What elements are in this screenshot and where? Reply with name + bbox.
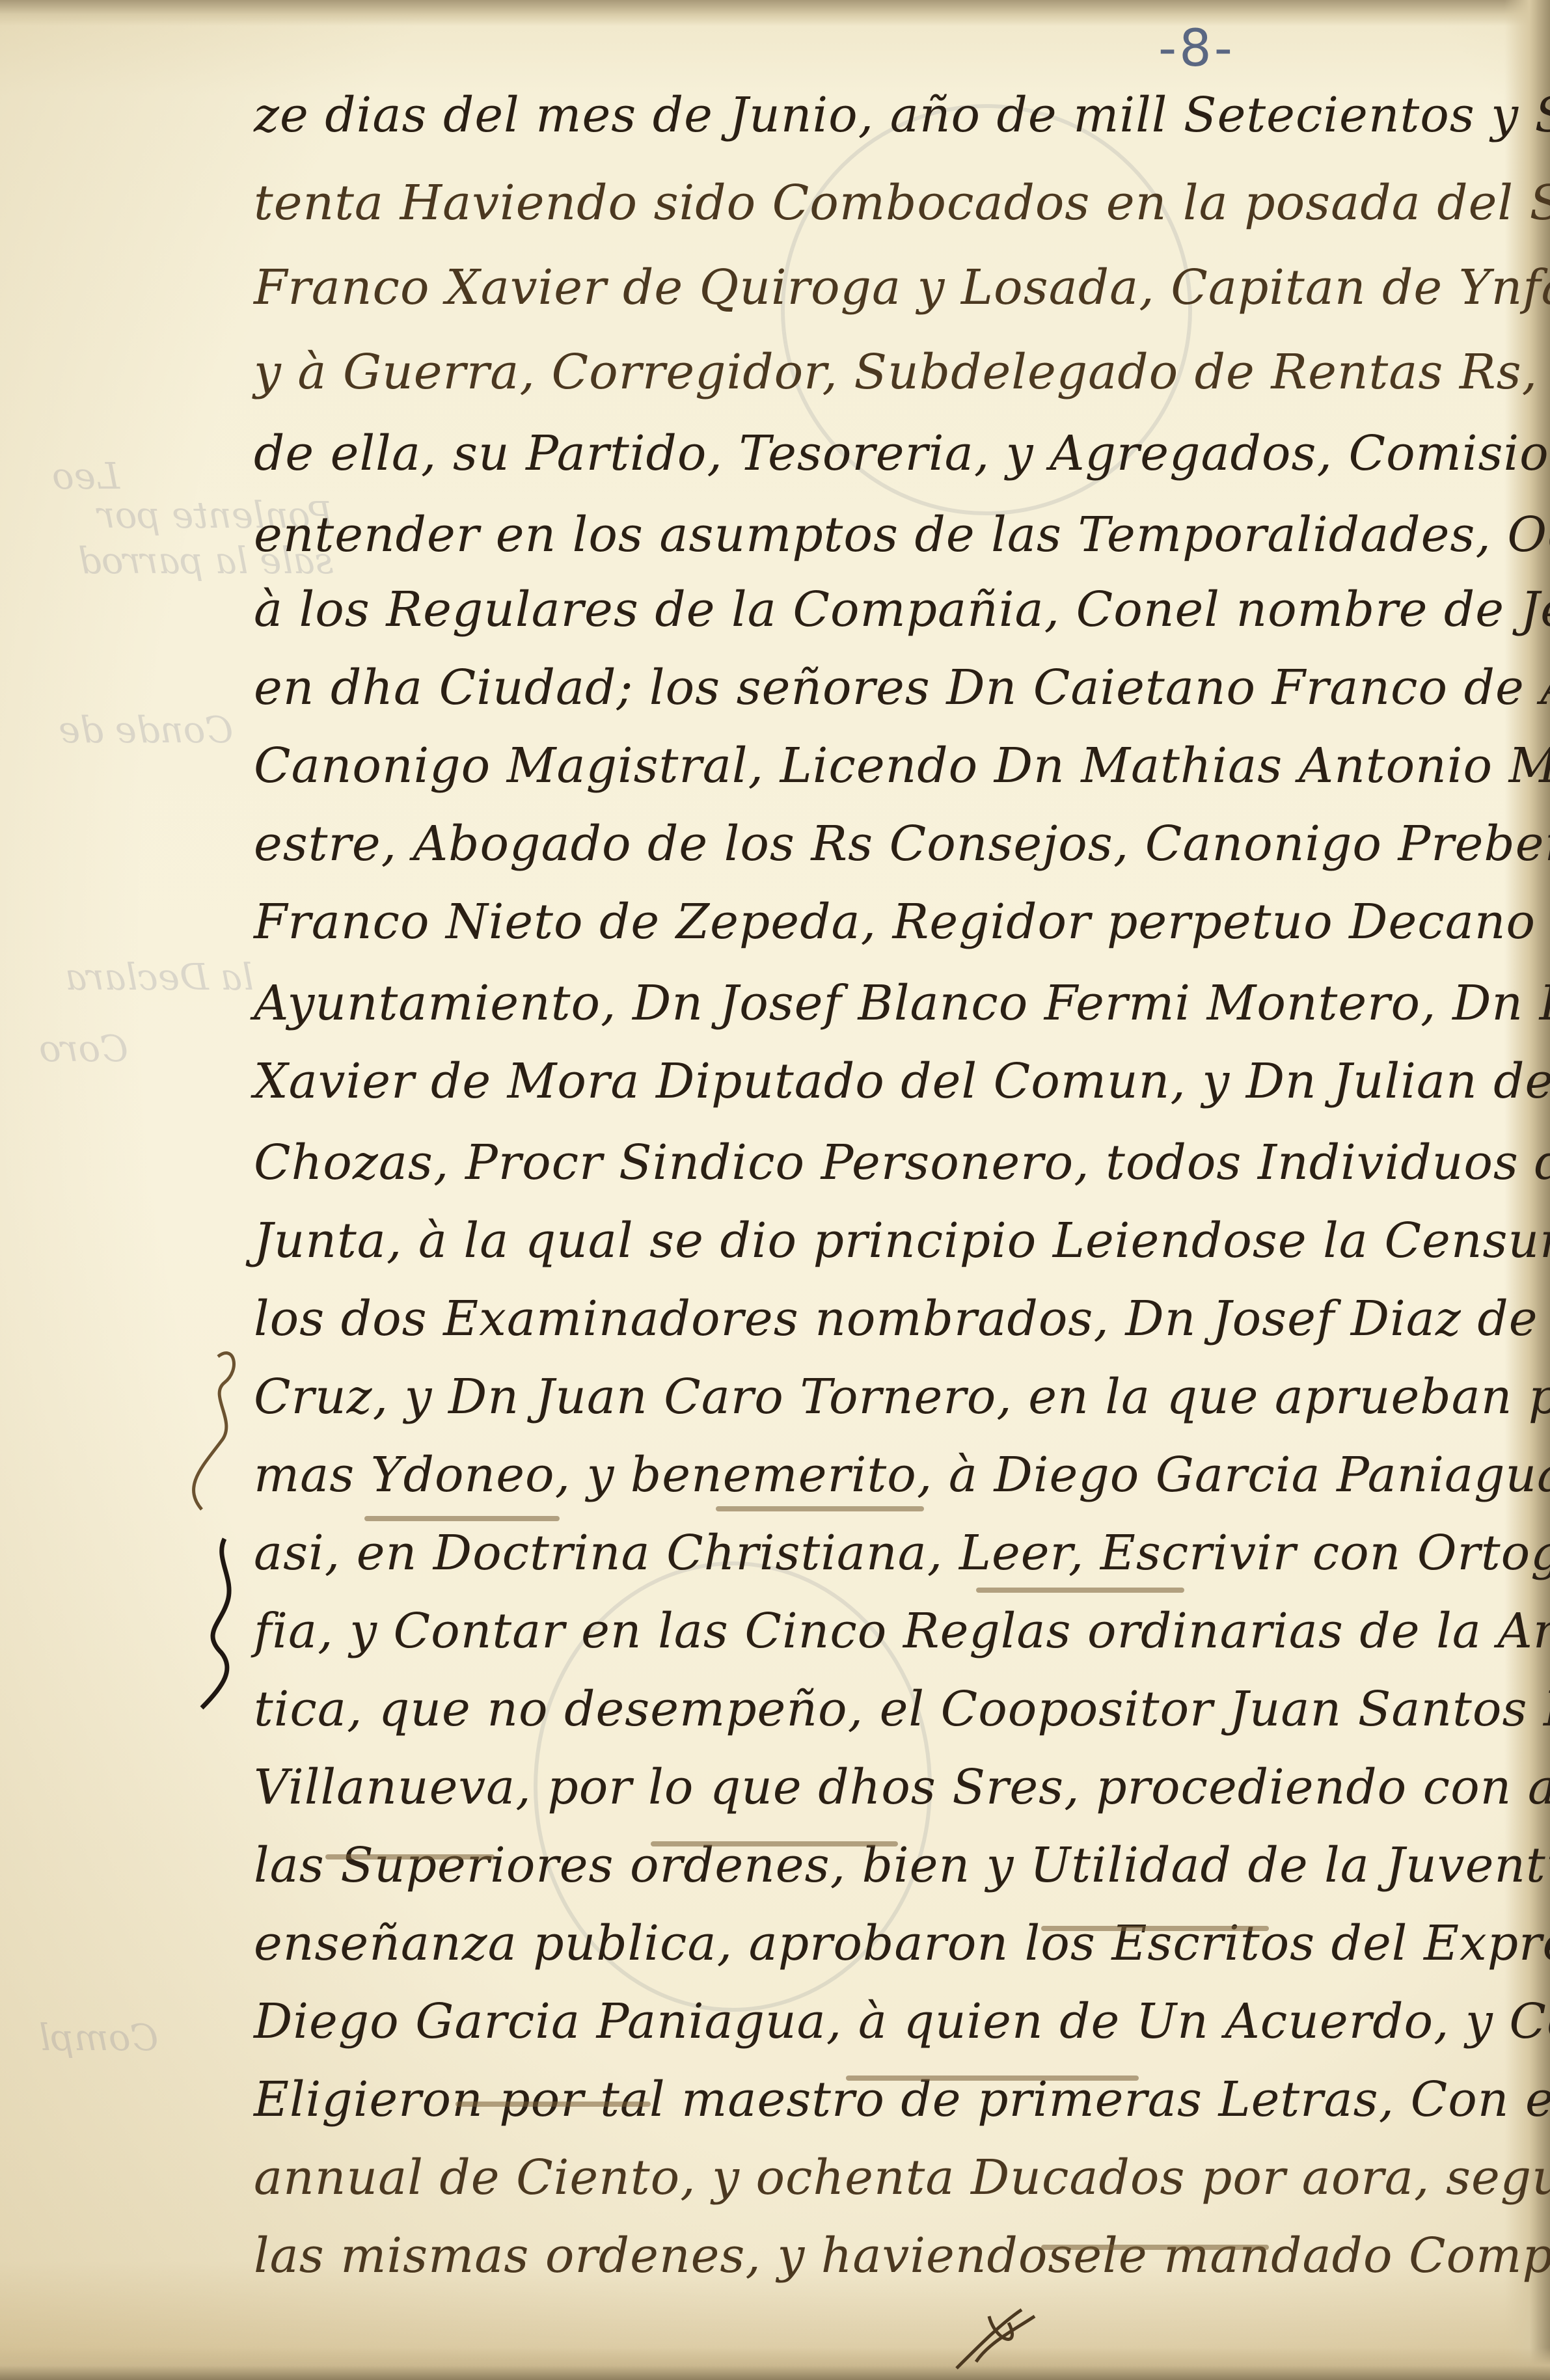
text-line: en dha Ciudad; los señores Dn Caietano F… bbox=[254, 664, 1484, 712]
text-line: Diego Garcia Paniagua, à quien de Un Acu… bbox=[254, 1997, 1484, 2046]
text-line: y à Guerra, Corregidor, Subdelegado de R… bbox=[254, 348, 1484, 396]
text-line: de ella, su Partido, Tesoreria, y Agrega… bbox=[254, 429, 1484, 478]
text-line: Villanueva, por lo que dhos Sres, proced… bbox=[254, 1763, 1484, 1811]
text-line: mas Ydoneo, y benemerito, à Diego Garcia… bbox=[254, 1451, 1484, 1499]
text-line: estre, Abogado de los Rs Consejos, Canon… bbox=[254, 820, 1484, 868]
bleed-through-text: Compl bbox=[39, 2017, 158, 2059]
text-line: Junta, à la qual se dio principio Leiend… bbox=[254, 1217, 1484, 1265]
text-line: annual de Ciento, y ochenta Ducados por … bbox=[254, 2154, 1484, 2202]
text-line: entender en los asumptos de las Temporal… bbox=[254, 511, 1484, 559]
text-line: Franco Nieto de Zepeda, Regidor perpetuo… bbox=[254, 898, 1484, 946]
text-line: fia, y Contar en las Cinco Reglas ordina… bbox=[254, 1607, 1484, 1655]
bleed-through-stroke bbox=[1041, 1926, 1269, 1931]
bleed-through-stroke bbox=[1041, 2245, 1269, 2250]
text-line: enseñanza publica, aprobaron los Escrito… bbox=[254, 1919, 1484, 1968]
text-line: ze dias del mes de Junio, año de mill Se… bbox=[254, 91, 1484, 139]
text-line: Ayuntamiento, Dn Josef Blanco Fermi Mont… bbox=[254, 979, 1484, 1027]
text-line: Cruz, y Dn Juan Caro Tornero, en la que … bbox=[254, 1373, 1484, 1421]
text-line: tenta Haviendo sido Combocados en la pos… bbox=[254, 179, 1484, 227]
text-line: Chozas, Procr Sindico Personero, todos I… bbox=[254, 1139, 1484, 1187]
text-line: tica, que no desempeño, el Coopositor Ju… bbox=[254, 1685, 1484, 1733]
bleed-through-stroke bbox=[455, 2102, 651, 2107]
worn-bottom-edge bbox=[0, 2347, 1550, 2380]
text-line: los dos Examinadores nombrados, Dn Josef… bbox=[254, 1295, 1484, 1343]
text-line: Franco Xavier de Quiroga y Losada, Capit… bbox=[254, 264, 1484, 312]
text-line: asi, en Doctrina Christiana, Leer, Escri… bbox=[254, 1529, 1484, 1577]
bleed-through-stroke bbox=[976, 1588, 1184, 1593]
left-margin-bracket bbox=[163, 1344, 241, 2092]
bleed-through-text: Leo bbox=[52, 455, 120, 498]
bleed-through-text: Conde de bbox=[59, 709, 233, 751]
bleed-through-text: la Declara bbox=[65, 956, 254, 999]
page-number: -8- bbox=[1158, 20, 1235, 78]
bleed-through-stroke bbox=[716, 1506, 924, 1511]
bleed-through-stroke bbox=[651, 1841, 898, 1846]
text-line: Canonigo Magistral, Licendo Dn Mathias A… bbox=[254, 742, 1484, 790]
text-line: las Superiores ordenes, bien y Utilidad … bbox=[254, 1841, 1484, 1889]
text-line: las mismas ordenes, y haviendosele manda… bbox=[254, 2232, 1484, 2280]
torn-top-edge bbox=[0, 0, 1550, 26]
text-line: Eligieron por tal maestro de primeras Le… bbox=[254, 2076, 1484, 2124]
bleed-through-stroke bbox=[364, 1516, 560, 1521]
manuscript-page: Leo Ponlente por sale la parrod Conde de… bbox=[0, 0, 1550, 2380]
text-line: à los Regulares de la Compañia, Conel no… bbox=[254, 586, 1484, 634]
rubric-flourish bbox=[944, 2303, 1048, 2375]
text-line: Xavier de Mora Diputado del Comun, y Dn … bbox=[254, 1057, 1484, 1105]
bleed-through-stroke bbox=[846, 2076, 1139, 2081]
bleed-through-stroke bbox=[325, 1854, 495, 1859]
bleed-through-text: Coro bbox=[39, 1028, 128, 1070]
